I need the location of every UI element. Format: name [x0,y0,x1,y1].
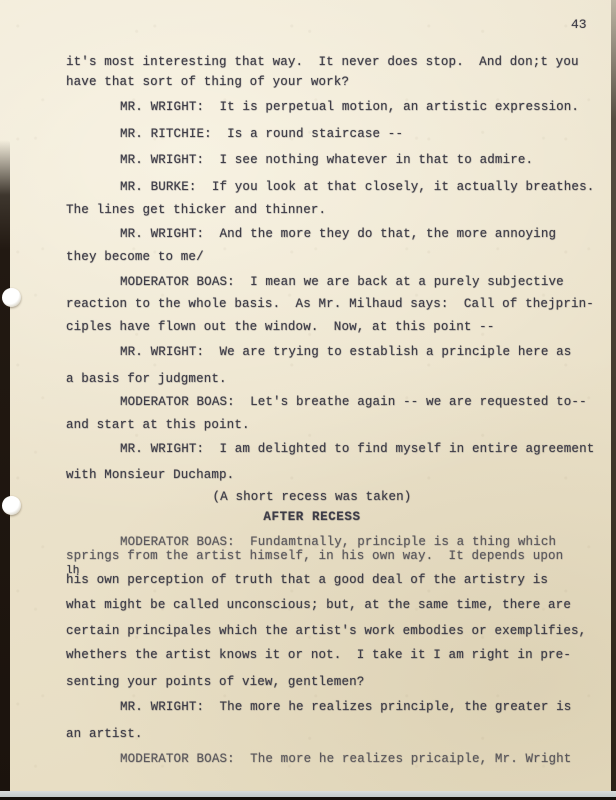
text-line: MR. WRIGHT: And the more they do that, t… [66,226,612,242]
text-line: MR. WRIGHT: I see nothing whatever in th… [66,152,612,168]
text-line: ciples have flown out the window. Now, a… [66,319,558,335]
text-line: certain principales which the artist's w… [66,623,558,639]
text-line: a basis for judgment. [66,371,558,387]
text-line: an artist. [66,726,558,742]
text-line: (A short recess was taken) [66,489,558,505]
text-line: it's most interesting that way. It never… [66,54,558,70]
text-line: springs from the artist himself, in his … [66,548,558,564]
text-line: senting your points of view, gentlemen? [66,674,558,690]
text-line: MR. WRIGHT: It is perpetual motion, an a… [66,99,612,115]
typed-text: it's most interesting that way. It never… [0,0,616,800]
text-line: MODERATOR BOAS: Let's breathe again -- w… [66,394,612,410]
text-line: MR. WRIGHT: I am delighted to find mysel… [66,441,612,457]
text-line: MR. BURKE: If you look at that closely, … [66,179,612,195]
text-line: and start at this point. [66,417,558,433]
text-line: his own perception of truth that a good … [66,572,558,588]
text-line: MR. WRIGHT: We are trying to establish a… [66,344,612,360]
text-line: they become to me/ [66,249,558,265]
text-line: with Monsieur Duchamp. [66,467,558,483]
text-line: AFTER RECESS [66,509,558,525]
text-line: MR. WRIGHT: The more he realizes princip… [66,699,612,715]
text-line: MR. RITCHIE: Is a round staircase -- [66,126,612,142]
text-line: reaction to the whole basis. As Mr. Milh… [66,296,558,312]
text-line: whethers the artist knows it or not. I t… [66,647,558,663]
text-line: have that sort of thing of your work? [66,74,558,90]
text-line: MODERATOR BOAS: The more he realizes pri… [66,751,612,767]
text-line: MODERATOR BOAS: I mean we are back at a … [66,274,612,290]
text-line: The lines get thicker and thinner. [66,202,558,218]
text-line: what might be called unconscious; but, a… [66,597,558,613]
